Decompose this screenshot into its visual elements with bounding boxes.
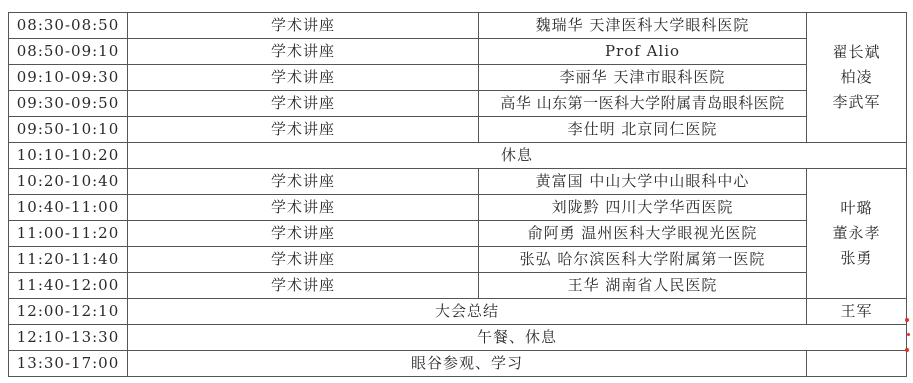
time-cell: 11:00-11:20 [9,221,128,247]
time-cell: 09:10-09:30 [9,65,128,91]
type-cell: 学术讲座 [128,117,479,143]
time-cell: 11:20-11:40 [9,247,128,273]
time-cell: 08:50-09:10 [9,39,128,65]
stamp-mark [907,333,910,336]
time-cell: 09:30-09:50 [9,91,128,117]
speaker-cell: 刘陇黔 四川大学华西医院 [479,195,807,221]
stamp-mark [905,348,909,352]
chair-cell-session-1: 翟长斌 柏凌 李武军 [807,13,907,143]
chair-name: 董永孝 [807,221,906,246]
time-cell: 11:40-12:00 [9,273,128,299]
time-cell: 12:00-12:10 [9,299,128,325]
chair-name: 翟长斌 [807,40,906,65]
lunch-label: 午餐、休息 [128,325,907,351]
table-row-summary: 12:00-12:10 大会总结 王军 [9,299,907,325]
table-row: 10:40-11:00 学术讲座 刘陇黔 四川大学华西医院 [9,195,907,221]
table-row-visit: 13:30-17:00 眼谷参观、学习 [9,351,907,377]
table-row-lunch: 12:10-13:30 午餐、休息 [9,325,907,351]
table-row: 10:20-10:40 学术讲座 黄富国 中山大学中山眼科中心 叶璐 董永孝 张… [9,169,907,195]
table-row: 08:50-09:10 学术讲座 Prof Alio [9,39,907,65]
table-row: 09:10-09:30 学术讲座 李丽华 天津市眼科医院 [9,65,907,91]
speaker-cell: 黄富国 中山大学中山眼科中心 [479,169,807,195]
time-cell: 10:20-10:40 [9,169,128,195]
time-cell: 13:30-17:00 [9,351,128,377]
table-row: 09:30-09:50 学术讲座 高华 山东第一医科大学附属青岛眼科医院 [9,91,907,117]
stamp-mark [905,318,909,322]
table-row: 09:50-10:10 学术讲座 李仕明 北京同仁医院 [9,117,907,143]
type-cell: 学术讲座 [128,39,479,65]
time-cell: 09:50-10:10 [9,117,128,143]
speaker-cell: Prof Alio [479,39,807,65]
schedule-table: 08:30-08:50 学术讲座 魏瑞华 天津医科大学眼科医院 翟长斌 柏凌 李… [8,12,907,377]
type-cell: 学术讲座 [128,273,479,299]
time-cell: 10:40-11:00 [9,195,128,221]
table-row: 11:00-11:20 学术讲座 俞阿勇 温州医科大学眼视光医院 [9,221,907,247]
chair-name: 李武军 [807,90,906,115]
chair-name: 柏凌 [807,65,906,90]
type-cell: 学术讲座 [128,169,479,195]
type-cell: 学术讲座 [128,65,479,91]
speaker-cell: 高华 山东第一医科大学附属青岛眼科医院 [479,91,807,117]
type-cell: 学术讲座 [128,221,479,247]
speaker-cell: 王华 湖南省人民医院 [479,273,807,299]
visit-label: 眼谷参观、学习 [128,351,807,377]
table-row: 11:40-12:00 学术讲座 王华 湖南省人民医院 [9,273,907,299]
chair-cell-summary: 王军 [807,299,907,325]
break-label: 休息 [128,143,907,169]
type-cell: 学术讲座 [128,13,479,39]
chair-cell-session-2: 叶璐 董永孝 张勇 [807,169,907,299]
speaker-cell: 魏瑞华 天津医科大学眼科医院 [479,13,807,39]
time-cell: 08:30-08:50 [9,13,128,39]
speaker-cell: 李仕明 北京同仁医院 [479,117,807,143]
speaker-cell: 李丽华 天津市眼科医院 [479,65,807,91]
chair-name: 张勇 [807,246,906,271]
table-row-break: 10:10-10:20 休息 [9,143,907,169]
type-cell: 学术讲座 [128,247,479,273]
time-cell: 10:10-10:20 [9,143,128,169]
table-row: 08:30-08:50 学术讲座 魏瑞华 天津医科大学眼科医院 翟长斌 柏凌 李… [9,13,907,39]
type-cell: 学术讲座 [128,195,479,221]
chair-cell-empty [807,351,907,377]
time-cell: 12:10-13:30 [9,325,128,351]
table-row: 11:20-11:40 学术讲座 张弘 哈尔滨医科大学附属第一医院 [9,247,907,273]
type-cell: 学术讲座 [128,91,479,117]
summary-label: 大会总结 [128,299,807,325]
speaker-cell: 张弘 哈尔滨医科大学附属第一医院 [479,247,807,273]
speaker-cell: 俞阿勇 温州医科大学眼视光医院 [479,221,807,247]
chair-name: 叶璐 [807,196,906,221]
